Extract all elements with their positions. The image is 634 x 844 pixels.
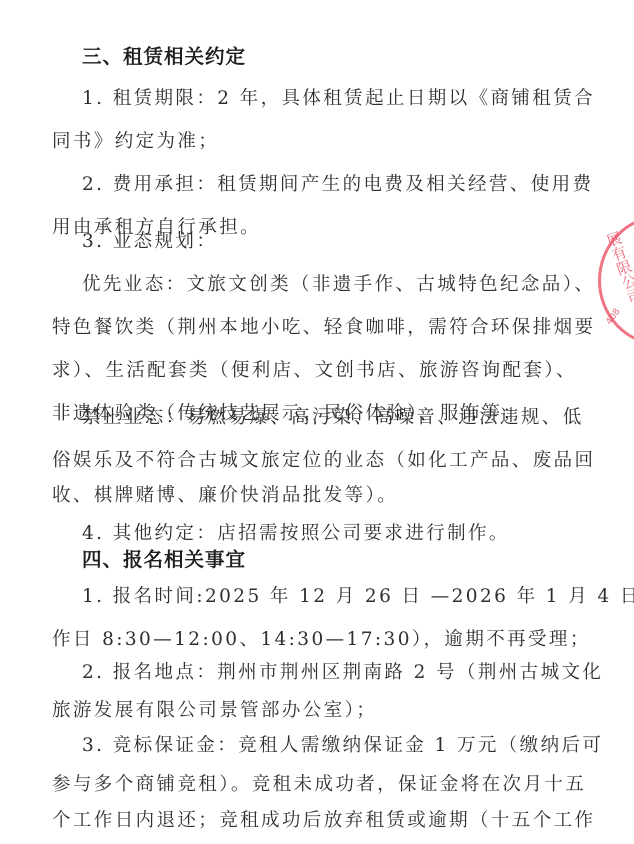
section-heading-registration: 四、报名相关事宜 — [82, 547, 246, 573]
paragraph-line: 3. 竞标保证金：竞租人需缴纳保证金 1 万元（缴纳后可 — [82, 733, 572, 759]
paragraph-line: 作日 8:30—12:00、14:30—17:30），逾期不再受理； — [52, 627, 542, 653]
paragraph-line: 3. 业态规划： — [82, 229, 572, 255]
paragraph-line: 特色餐饮类（荆州本地小吃、轻食咖啡，需符合环保排烟要 — [52, 315, 542, 341]
paragraph-line: 个工作日内退还；竞租成功后放弃租赁或逾期（十五个工作 — [52, 808, 542, 834]
paragraph-line: 旅游发展有限公司景管部办公室）； — [52, 698, 542, 724]
paragraph-line: 俗娱乐及不符合古城文旅定位的业态（如化工产品、废品回 — [52, 448, 542, 474]
paragraph-line: 1. 租赁期限：2 年，具体租赁起止日期以《商铺租赁合 — [82, 86, 572, 112]
paragraph-line: 1. 报名时间:2025 年 12 月 26 日 —2026 年 1 月 4 日… — [82, 584, 572, 610]
paragraph-line: 参与多个商铺竞租）。竞租未成功者，保证金将在次月十五 — [52, 772, 542, 798]
paragraph-line: 4. 其他约定：店招需按照公司要求进行制作。 — [82, 521, 572, 547]
paragraph-line: 2. 报名地点：荆州市荆州区荆南路 2 号（荆州古城文化 — [82, 660, 572, 686]
paragraph-line: 优先业态：文旅文创类（非遗手作、古城特色纪念品）、 — [82, 272, 572, 298]
paragraph-line: 禁止业态：易燃易爆、高污染、高噪音、违法违规、低 — [82, 405, 572, 431]
paragraph-line: 2. 费用承担：租赁期间产生的电费及相关经营、使用费 — [82, 172, 572, 198]
document-page: 三、租赁相关约定 1. 租赁期限：2 年，具体租赁起止日期以《商铺租赁合 同书》… — [0, 0, 634, 844]
section-heading-lease-terms: 三、租赁相关约定 — [82, 44, 246, 70]
paragraph-line: 求）、生活配套类（便利店、文创书店、旅游咨询配套）、 — [52, 358, 542, 384]
paragraph-line: 同书》约定为准； — [52, 129, 542, 155]
paragraph-line: 收、棋牌赌博、廉价快消品批发等）。 — [52, 483, 542, 509]
